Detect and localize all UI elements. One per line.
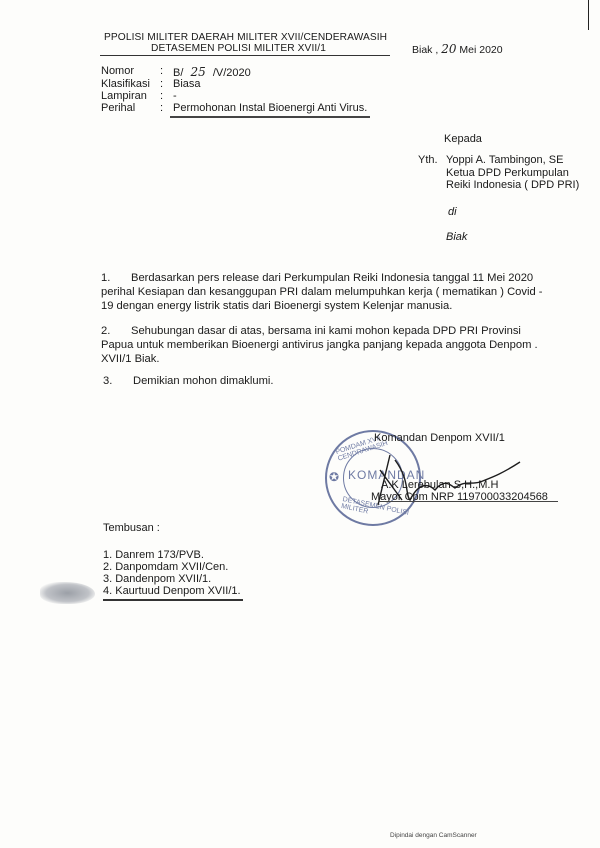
paragraph-number: 1. bbox=[101, 271, 131, 285]
recipient-line: Reiki Indonesia ( DPD PRI) bbox=[446, 179, 579, 192]
recipient-line: Ketua DPD Perkumpulan bbox=[446, 167, 579, 180]
ref-value: - bbox=[173, 90, 177, 102]
paragraph-2: 2.Sehubungan dasar di atas, bersama ini … bbox=[101, 324, 559, 366]
paragraph-3: 3.Demikian mohon dimaklumi. bbox=[103, 374, 561, 388]
ref-sep: : bbox=[160, 65, 163, 77]
recipient-line: Yoppi A. Tambingon, SE bbox=[446, 154, 579, 167]
recipient-di: di bbox=[448, 206, 457, 218]
date-day-handwritten: 20 bbox=[441, 42, 456, 56]
ref-value: B/ 25 /V/2020 bbox=[173, 65, 251, 79]
paragraph-1: 1.Berdasarkan pers release dari Perkumpu… bbox=[101, 271, 559, 313]
ref-label: Lampiran bbox=[101, 90, 147, 102]
letterhead-rule bbox=[100, 55, 390, 56]
recipient-city: Biak bbox=[446, 231, 467, 243]
ref-value: Biasa bbox=[173, 78, 201, 90]
tembusan-item: 2. Danpomdam XVII/Cen. bbox=[103, 561, 241, 573]
ref-label: Perihal bbox=[101, 102, 135, 114]
ref-value: Permohonan Instal Bioenergi Anti Virus. bbox=[173, 102, 367, 114]
signatory-name: A.K Lerebulan S,H.,M.H bbox=[381, 479, 498, 491]
tembusan-underline bbox=[103, 599, 243, 601]
nomor-handwritten: 25 bbox=[190, 65, 205, 79]
star-icon: ✪ bbox=[329, 470, 339, 484]
paragraph-number: 3. bbox=[103, 374, 133, 388]
place: Biak , bbox=[412, 44, 438, 56]
paragraph-number: 2. bbox=[101, 324, 131, 338]
recipient-yth: Yth. bbox=[418, 154, 438, 166]
paragraph-line: Papua untuk memberikan Bioenergi antivir… bbox=[101, 338, 559, 352]
place-date: Biak , 20 Mei 2020 bbox=[412, 42, 503, 56]
ref-label: Klasifikasi bbox=[101, 78, 150, 90]
paragraph-line: perihal Kesiapan dan kesanggupan PRI dal… bbox=[101, 285, 559, 299]
paragraph-line: XVII/1 Biak. bbox=[101, 352, 559, 366]
paragraph-line: 19 dengan energy listrik statis dari Bio… bbox=[101, 299, 559, 313]
date-month-year: Mei 2020 bbox=[459, 44, 502, 56]
scan-edge-mark bbox=[588, 0, 589, 30]
recipient-kepada: Kepada bbox=[444, 133, 482, 145]
tembusan-item: 4. Kaurtuud Denpom XVII/1. bbox=[103, 585, 241, 597]
letterhead-line-2: DETASEMEN POLISI MILITER XVII/1 bbox=[151, 43, 326, 54]
tembusan-list: 1. Danrem 173/PVB. 2. Danpomdam XVII/Cen… bbox=[103, 549, 241, 597]
perihal-underline bbox=[170, 116, 370, 118]
tembusan-item: 3. Dandenpom XVII/1. bbox=[103, 573, 241, 585]
ref-sep: : bbox=[160, 78, 163, 90]
signatory-underline bbox=[378, 501, 558, 502]
paragraph-line: Demikian mohon dimaklumi. bbox=[133, 375, 274, 387]
signatory-title: Komandan Denpom XVII/1 bbox=[374, 432, 505, 444]
letterhead-line-1: PPOLISI MILITER DAERAH MILITER XVII/CEND… bbox=[104, 32, 387, 43]
tembusan-item: 1. Danrem 173/PVB. bbox=[103, 549, 241, 561]
scanner-watermark: Dipindai dengan CamScanner bbox=[390, 832, 477, 839]
ref-sep: : bbox=[160, 90, 163, 102]
ref-sep: : bbox=[160, 102, 163, 114]
nomor-suffix: /V/2020 bbox=[213, 67, 251, 79]
paragraph-line: Berdasarkan pers release dari Perkumpula… bbox=[131, 272, 533, 284]
tembusan-title: Tembusan : bbox=[103, 522, 160, 534]
ink-smudge bbox=[40, 582, 95, 604]
ref-label: Nomor bbox=[101, 65, 134, 77]
recipient-address: Yoppi A. Tambingon, SE Ketua DPD Perkump… bbox=[446, 154, 579, 192]
paragraph-line: Sehubungan dasar di atas, bersama ini ka… bbox=[131, 325, 521, 337]
